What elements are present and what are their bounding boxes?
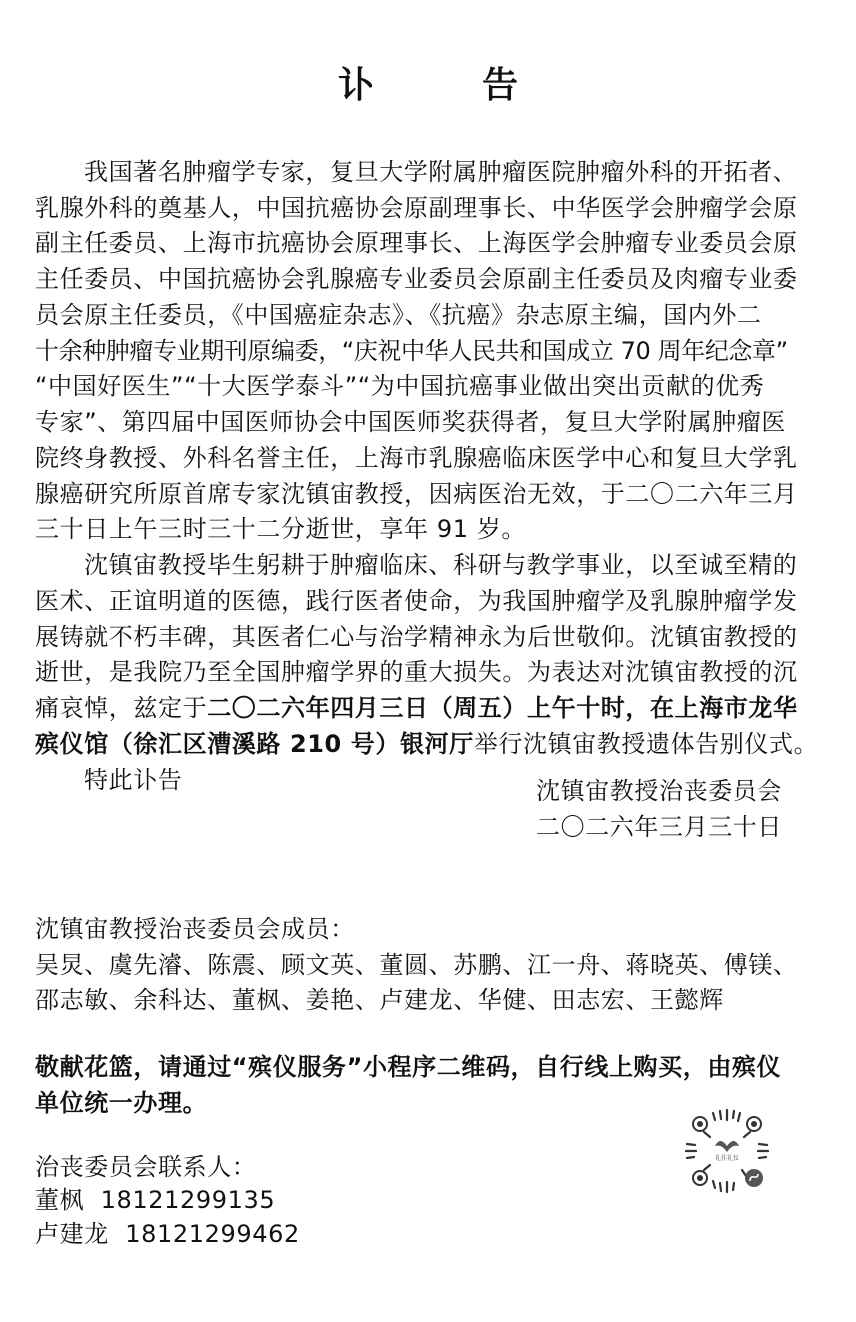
para2-text: 痛哀悼，兹定于: [35, 694, 207, 722]
flowers-notice: 敬献花篮，请通过“殡仪服务”小程序二维码，自行线上购买，由殡仪: [35, 1052, 815, 1082]
signature-committee: 沈镇宙教授治丧委员会: [536, 776, 782, 806]
para2-line: 展铸就不朽丰碑，其医者仁心与治学精神永为后世敬仰。沈镇宙教授的: [35, 622, 815, 652]
para1-line: 员会原主任委员，《中国癌症杂志》、《抗癌》杂志原主编，国内外二: [35, 300, 815, 330]
signature-date: 二〇二六年三月三十日: [536, 812, 782, 842]
para1-line: 三十日上午三时三十二分逝世，享年 91 岁。: [35, 514, 815, 544]
contact-row: 卢建龙 18121299462: [35, 1219, 815, 1249]
members-line: 邵志敏、余科达、董枫、姜艳、卢建龙、华健、田志宏、王懿辉: [35, 985, 815, 1015]
para1-line: 腺癌研究所原首席专家沈镇宙教授，因病医治无效，于二〇二六年三月: [35, 479, 815, 509]
para1-line: 我国著名肿瘤学专家，复旦大学附属肿瘤医院肿瘤外科的开拓者、: [84, 157, 856, 187]
ceremony-time: 二〇二六年四月三日（周五）上午十时，在上海市龙华: [207, 694, 797, 722]
page-title: 讣 告: [0, 62, 856, 110]
contacts-heading: 治丧委员会联系人：: [35, 1152, 815, 1182]
contact-name: 卢建龙: [35, 1220, 109, 1248]
para1-line: 主任委员、中国抗癌协会乳腺癌专业委员会原副主任委员及肉瘤专业委: [35, 264, 815, 294]
para2-line: 痛哀悼，兹定于二〇二六年四月三日（周五）上午十时，在上海市龙华: [35, 693, 815, 723]
para1-line: “中国好医生”“十大医学泰斗”“为中国抗癌事业做出突出贡献的优秀: [35, 371, 815, 401]
contact-row: 董枫 18121299135: [35, 1185, 815, 1215]
ceremony-location: 殡仪馆（徐汇区漕溪路 210 号）银河厅: [35, 730, 474, 758]
para2-line: 逝世，是我院乃至全国肿瘤学界的重大损失。为表达对沈镇宙教授的沉: [35, 657, 815, 687]
contact-phone[interactable]: 18121299135: [101, 1186, 276, 1214]
para1-line: 专家”、第四届中国医师协会中国医师奖获得者，复旦大学附属肿瘤医: [35, 407, 815, 437]
contact-name: 董枫: [35, 1186, 84, 1214]
qr-code-icon: 礼佳礼仪: [682, 1106, 772, 1196]
para1-line: 乳腺外科的奠基人，中国抗癌协会原副理事长、中华医学会肿瘤学会原: [35, 193, 815, 223]
contact-phone[interactable]: 18121299462: [125, 1220, 300, 1248]
para2-line: 医术、正谊明道的医德，践行医者使命，为我国肿瘤学及乳腺肿瘤学发: [35, 586, 815, 616]
members-heading: 沈镇宙教授治丧委员会成员：: [35, 914, 815, 944]
para2-text: 举行沈镇宙教授遗体告别仪式。: [474, 730, 818, 758]
mini-program-qr-code[interactable]: 礼佳礼仪: [682, 1106, 772, 1196]
para1-line: 院终身教授、外科名誉主任，上海市乳腺癌临床医学中心和复旦大学乳: [35, 443, 815, 473]
para1-line: 副主任委员、上海市抗癌协会原理事长、上海医学会肿瘤专业委员会原: [35, 228, 815, 258]
para2-line: 沈镇宙教授毕生躬耕于肿瘤临床、科研与教学事业，以至诚至精的: [84, 550, 856, 580]
members-line: 吴炅、虞先濬、陈震、顾文英、董圆、苏鹏、江一舟、蒋晓英、傅镁、: [35, 950, 815, 980]
para1-line: 十余种肿瘤专业期刊原编委，“庆祝中华人民共和国成立 70 周年纪念章”: [35, 336, 815, 366]
para2-line: 殡仪馆（徐汇区漕溪路 210 号）银河厅举行沈镇宙教授遗体告别仪式。: [35, 729, 815, 759]
